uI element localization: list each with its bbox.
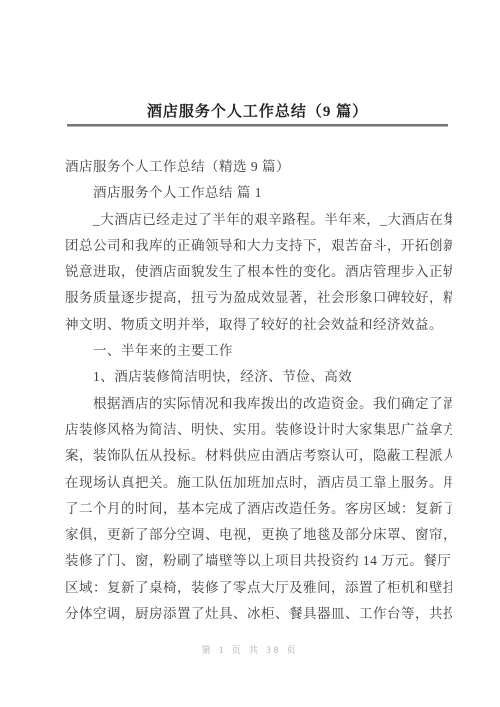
body-line: 根据酒店的实际情况和我库拨出的改造资金。我们确定了酒	[65, 391, 452, 417]
body-line: 在现场认真把关。施工队伍加班加点时，酒店员工靠上服务。用	[65, 470, 452, 496]
body-line: 锐意进取，使酒店面貌发生了根本性的变化。酒店管理步入正轨，	[65, 259, 452, 285]
page-number-footer: 第 1 页 共 38 页	[0, 643, 500, 656]
body-line: 分体空调，厨房添置了灶具、冰柜、餐具器皿、工作台等，共投	[65, 601, 452, 627]
body-line: 服务质量逐步提高，扭亏为盈成效显著，社会形象口碑较好，精	[65, 285, 452, 311]
document-body: 酒店服务个人工作总结（精选 9 篇）酒店服务个人工作总结 篇 1_大酒店已经走过…	[65, 154, 452, 627]
body-line: 1、酒店装修简洁明快，经济、节俭、高效	[65, 364, 452, 390]
document-title: 酒店服务个人工作总结（9 篇）	[65, 100, 450, 121]
body-line: 神文明、物质文明并举，取得了较好的社会效益和经济效益。	[65, 312, 452, 338]
body-line: 区域：复新了桌椅，装修了零点大厅及雅间，添置了柜机和壁挂	[65, 575, 452, 601]
body-line: _大酒店已经走过了半年的艰辛路程。半年来，_大酒店在集	[65, 207, 452, 233]
body-line: 一、半年来的主要工作	[65, 338, 452, 364]
body-line: 了二个月的时间，基本完成了酒店改造任务。客房区域：复新了	[65, 496, 452, 522]
title-divider-rule	[67, 124, 448, 127]
body-line: 家俱，更新了部分空调、电视，更换了地毯及部分床罩、窗帘，	[65, 522, 452, 548]
body-line: 酒店服务个人工作总结（精选 9 篇）	[65, 154, 452, 180]
body-line: 店装修风格为简洁、明快、实用。装修设计时大家集思广益拿方	[65, 417, 452, 443]
body-line: 酒店服务个人工作总结 篇 1	[65, 180, 452, 206]
body-line: 装修了门、窗，粉刷了墙壁等以上项目共投资约 14 万元。餐厅	[65, 548, 452, 574]
body-line: 团总公司和我库的正确领导和大力支持下，艰苦奋斗，开拓创新，	[65, 233, 452, 259]
document-page: 酒店服务个人工作总结（9 篇） 酒店服务个人工作总结（精选 9 篇）酒店服务个人…	[0, 0, 500, 707]
body-line: 案，装饰队伍从投标。材料供应由酒店考察认可，隐蔽工程派人	[65, 443, 452, 469]
